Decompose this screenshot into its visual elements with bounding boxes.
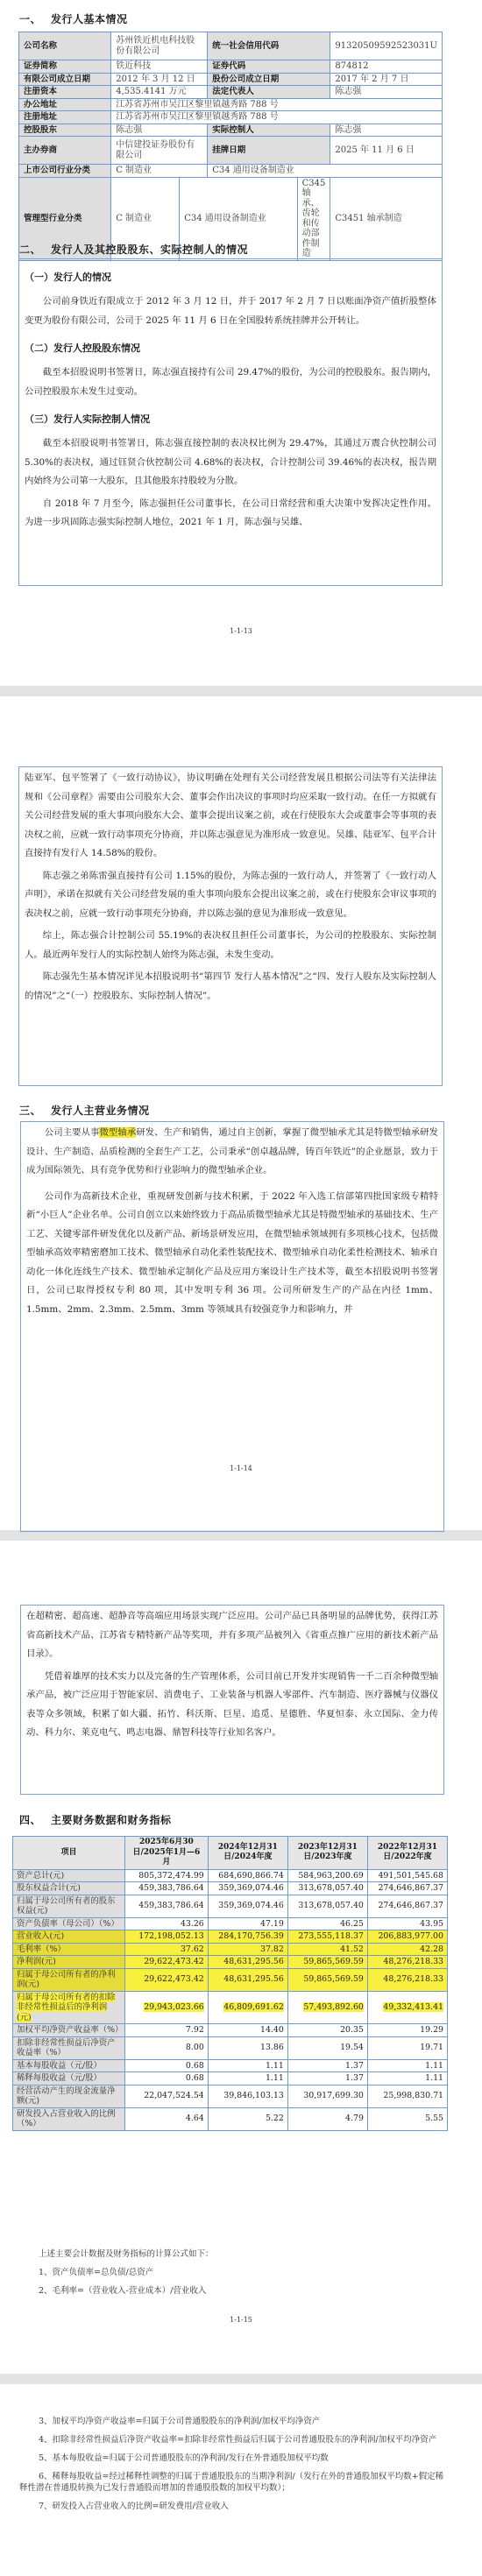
note-item: 4、扣除非经常性损益后净资产收益率=扣除非经常性损益后归属于公司普通股股东的净利… — [19, 2434, 449, 2445]
page-number: 1-1-13 — [0, 627, 482, 635]
paragraph: 公司作为高新技术企业，重视研发创新与技术积累，于 2022 年入选工信部第四批国… — [26, 1188, 438, 1320]
note-item: 2、毛利率=（营业收入-营业成本）/营业收入 — [19, 2285, 449, 2297]
table-row-highlighted: 净利润(元) 29,622,473.42 48,631,295.56 59,86… — [13, 1956, 448, 1969]
info-row: 控股股东 陈志强 实际控制人 陈志强 — [19, 124, 443, 137]
table-row: 资产负债率（母公司）（%） 43.26 47.19 46.25 43.95 — [13, 1917, 448, 1930]
info-row: 有限公司成立日期 2012 年 3 月 12 日 股份公司成立日期 2017 年… — [19, 73, 443, 86]
notes-intro: 上述主要会计数据及财务指标的计算公式如下： — [19, 2248, 449, 2260]
table-row: 股东权益合计(元) 459,383,786.64 359,369,074.46 … — [13, 1882, 448, 1895]
section-heading-business: 三、发行人主营业务情况 — [19, 1103, 150, 1118]
paragraph: 截至本招股说明书签署日，陈志强直接持有公司 29.47%的股份，为公司的控股股东… — [25, 363, 436, 401]
paragraph: 陈志强先生基本情况详见本招股说明书“第四节 发行人基本情况”之“四、发行人股东及… — [25, 968, 436, 1006]
section-heading-controller: 二、发行人及其控股股东、实际控制人的情况 — [19, 242, 248, 257]
note-item: 5、基本每股收益=归属于公司普通股股东的净利润/发行在外普通股加权平均数 — [19, 2452, 449, 2464]
note-item: 7、研发投入占营业收入的比例=研发费用/营业收入 — [19, 2501, 449, 2512]
paragraph: 自 2018 年 7 月至今，陈志强担任公司董事长，在公司日常经营和重大决策中发… — [25, 495, 436, 533]
section-heading-basic-info: 一、发行人基本情况 — [19, 11, 128, 26]
table-row: 归属于母公司所有者的股东权益(元) 459,383,786.64 359,369… — [13, 1895, 448, 1917]
financial-table-header: 项目 2025年6月30日/2025年1月—6月 2024年12月31日/202… — [13, 1837, 448, 1870]
basic-info-table: 公司名称 苏州铁近机电科技股份有限公司 统一社会信用代码 91320509592… — [18, 32, 443, 261]
controller-info-box-continued: 陆亚军、包平签署了《一致行动协议》，协议明确在处理有关公司经营发展且根据公司法等… — [18, 766, 443, 1086]
page-next: 3、加权平均净资产收益率=归属于公司普通股股东的净利润/加权平均净资产 4、扣除… — [0, 2384, 482, 2576]
table-row: 研发投入占营业收入的比例（%） 4.64 5.22 4.79 5.55 — [13, 2107, 448, 2130]
info-row: 注册资本 4,535.4141 万元 法定代表人 陈志强 — [19, 86, 443, 99]
table-row-highlighted: 营业收入(元) 172,198,052.13 284,170,756.39 27… — [13, 1930, 448, 1944]
info-row: 注册地址 江苏省苏州市吴江区黎里镇越秀路 788 号 — [19, 111, 443, 124]
table-row: 扣除非经常性损益后净资产收益率（%） 8.00 13.86 19.54 19.7… — [13, 2036, 448, 2059]
info-row: 证券简称 铁近科技 证券代码 874812 — [19, 60, 443, 74]
page-separator — [0, 2374, 482, 2384]
note-item: 6、稀释每股收益=经过稀释性调整的归属于普通股股东的当期净利润/（发行在外的普通… — [19, 2471, 449, 2494]
business-info-box-continued: 在超精密、超高速、超静音等高端应用场景实现广泛应用。公司产品已具备明显的品牌优势… — [20, 1605, 444, 1795]
info-row-industry-listed: 上市公司行业分类 C 制造业 C34 通用设备制造业 — [19, 165, 443, 178]
info-row: 主办券商 中信建投证券股份有限公司 挂牌日期 2025 年 11 月 6 日 — [19, 137, 443, 165]
table-row: 资产总计(元) 805,372,474.99 684,690,866.74 58… — [13, 1869, 448, 1882]
table-row: 加权平均净资产收益率（%） 7.92 14.40 20.35 19.29 — [13, 2024, 448, 2037]
paragraph: 公司主要从事微型轴承研发、生产和销售，通过自主创新，掌握了微型轴承尤其是特微型轴… — [26, 1124, 438, 1181]
page-1-13: 一、发行人基本情况 公司名称 苏州铁近机电科技股份有限公司 统一社会信用代码 9… — [0, 0, 482, 686]
paragraph: 凭借着雄厚的技术实力以及完备的生产管理体系，公司目前已开发并实现销售一千二百余种… — [26, 1668, 438, 1743]
page-number: 1-1-15 — [0, 2316, 482, 2324]
table-row-highlighted: 归属于母公司所有者的净利润(元) 29,622,473.42 48,631,29… — [13, 1968, 448, 1991]
subheading-actual-controller: （三）发行人实际控制人情况 — [25, 412, 436, 426]
page-separator — [0, 686, 482, 696]
table-row-highlighted: 毛利率（%） 37.62 37.82 41.52 42.28 — [13, 1943, 448, 1956]
highlighted-term: 微型轴承 — [99, 1127, 136, 1138]
paragraph: 截至本招股说明书签署日，陈志强直接控制的表决权比例为 29.47%，其通过万震合… — [25, 434, 436, 491]
paragraph: 陆亚军、包平签署了《一致行动协议》，协议明确在处理有关公司经营发展且根据公司法等… — [25, 769, 436, 864]
page-1-15: 在超精密、超高速、超静音等高端应用场景实现广泛应用。公司产品已具备明显的品牌优势… — [0, 1541, 482, 2374]
subheading-issuer: （一）发行人的情况 — [25, 270, 436, 284]
table-row: 经营活动产生的现金流量净额(元) 22,047,524.54 39,846,10… — [13, 2085, 448, 2107]
paragraph: 综上，陈志强合计控制公司 55.19%的表决权且担任公司董事长，为公司的控股股东… — [25, 927, 436, 964]
note-item: 3、加权平均净资产收益率=归属于公司普通股股东的净利润/加权平均净资产 — [19, 2416, 449, 2427]
page-1-14: 陆亚军、包平签署了《一致行动协议》，协议明确在处理有关公司经营发展且根据公司法等… — [0, 696, 482, 1530]
note-item: 1、资产负债率=总负债/总资产 — [19, 2267, 449, 2278]
paragraph: 在超精密、超高速、超静音等高端应用场景实现广泛应用。公司产品已具备明显的品牌优势… — [26, 1607, 438, 1664]
financial-table: 项目 2025年6月30日/2025年1月—6月 2024年12月31日/202… — [12, 1836, 448, 2131]
table-row: 稀释每股收益（元/股） 0.68 1.11 1.37 1.11 — [13, 2072, 448, 2086]
paragraph: 陈志强之弟陈雷强直接持有公司 1.15%的股份，为陈志强的一致行动人，并签署了《… — [25, 867, 436, 924]
subheading-controlling-shareholder: （二）发行人控股股东情况 — [25, 341, 436, 355]
section-heading-financials: 四、主要财务数据和财务指标 — [19, 1812, 172, 1827]
info-row: 办公地址 江苏省苏州市吴江区黎里镇越秀路 788 号 — [19, 98, 443, 111]
controller-info-box: （一）发行人的情况 公司前身铁近有限成立于 2012 年 3 月 12 日，并于… — [18, 258, 443, 586]
formula-notes-continued: 3、加权平均净资产收益率=归属于公司普通股股东的净利润/加权平均净资产 4、扣除… — [19, 2416, 449, 2519]
table-row-text-highlighted: 归属于母公司所有者的扣除非经常性损益后的净利润(元) 29,943,023.66… — [13, 1991, 448, 2024]
formula-notes: 上述主要会计数据及财务指标的计算公式如下： 1、资产负债率=总负债/总资产 2、… — [19, 2248, 449, 2304]
info-row: 公司名称 苏州铁近机电科技股份有限公司 统一社会信用代码 91320509592… — [19, 32, 443, 60]
paragraph: 公司前身铁近有限成立于 2012 年 3 月 12 日，并于 2017 年 2 … — [25, 293, 436, 330]
page-number: 1-1-14 — [0, 1464, 482, 1472]
table-row: 基本每股收益（元/股） 0.68 1.11 1.37 1.11 — [13, 2059, 448, 2072]
